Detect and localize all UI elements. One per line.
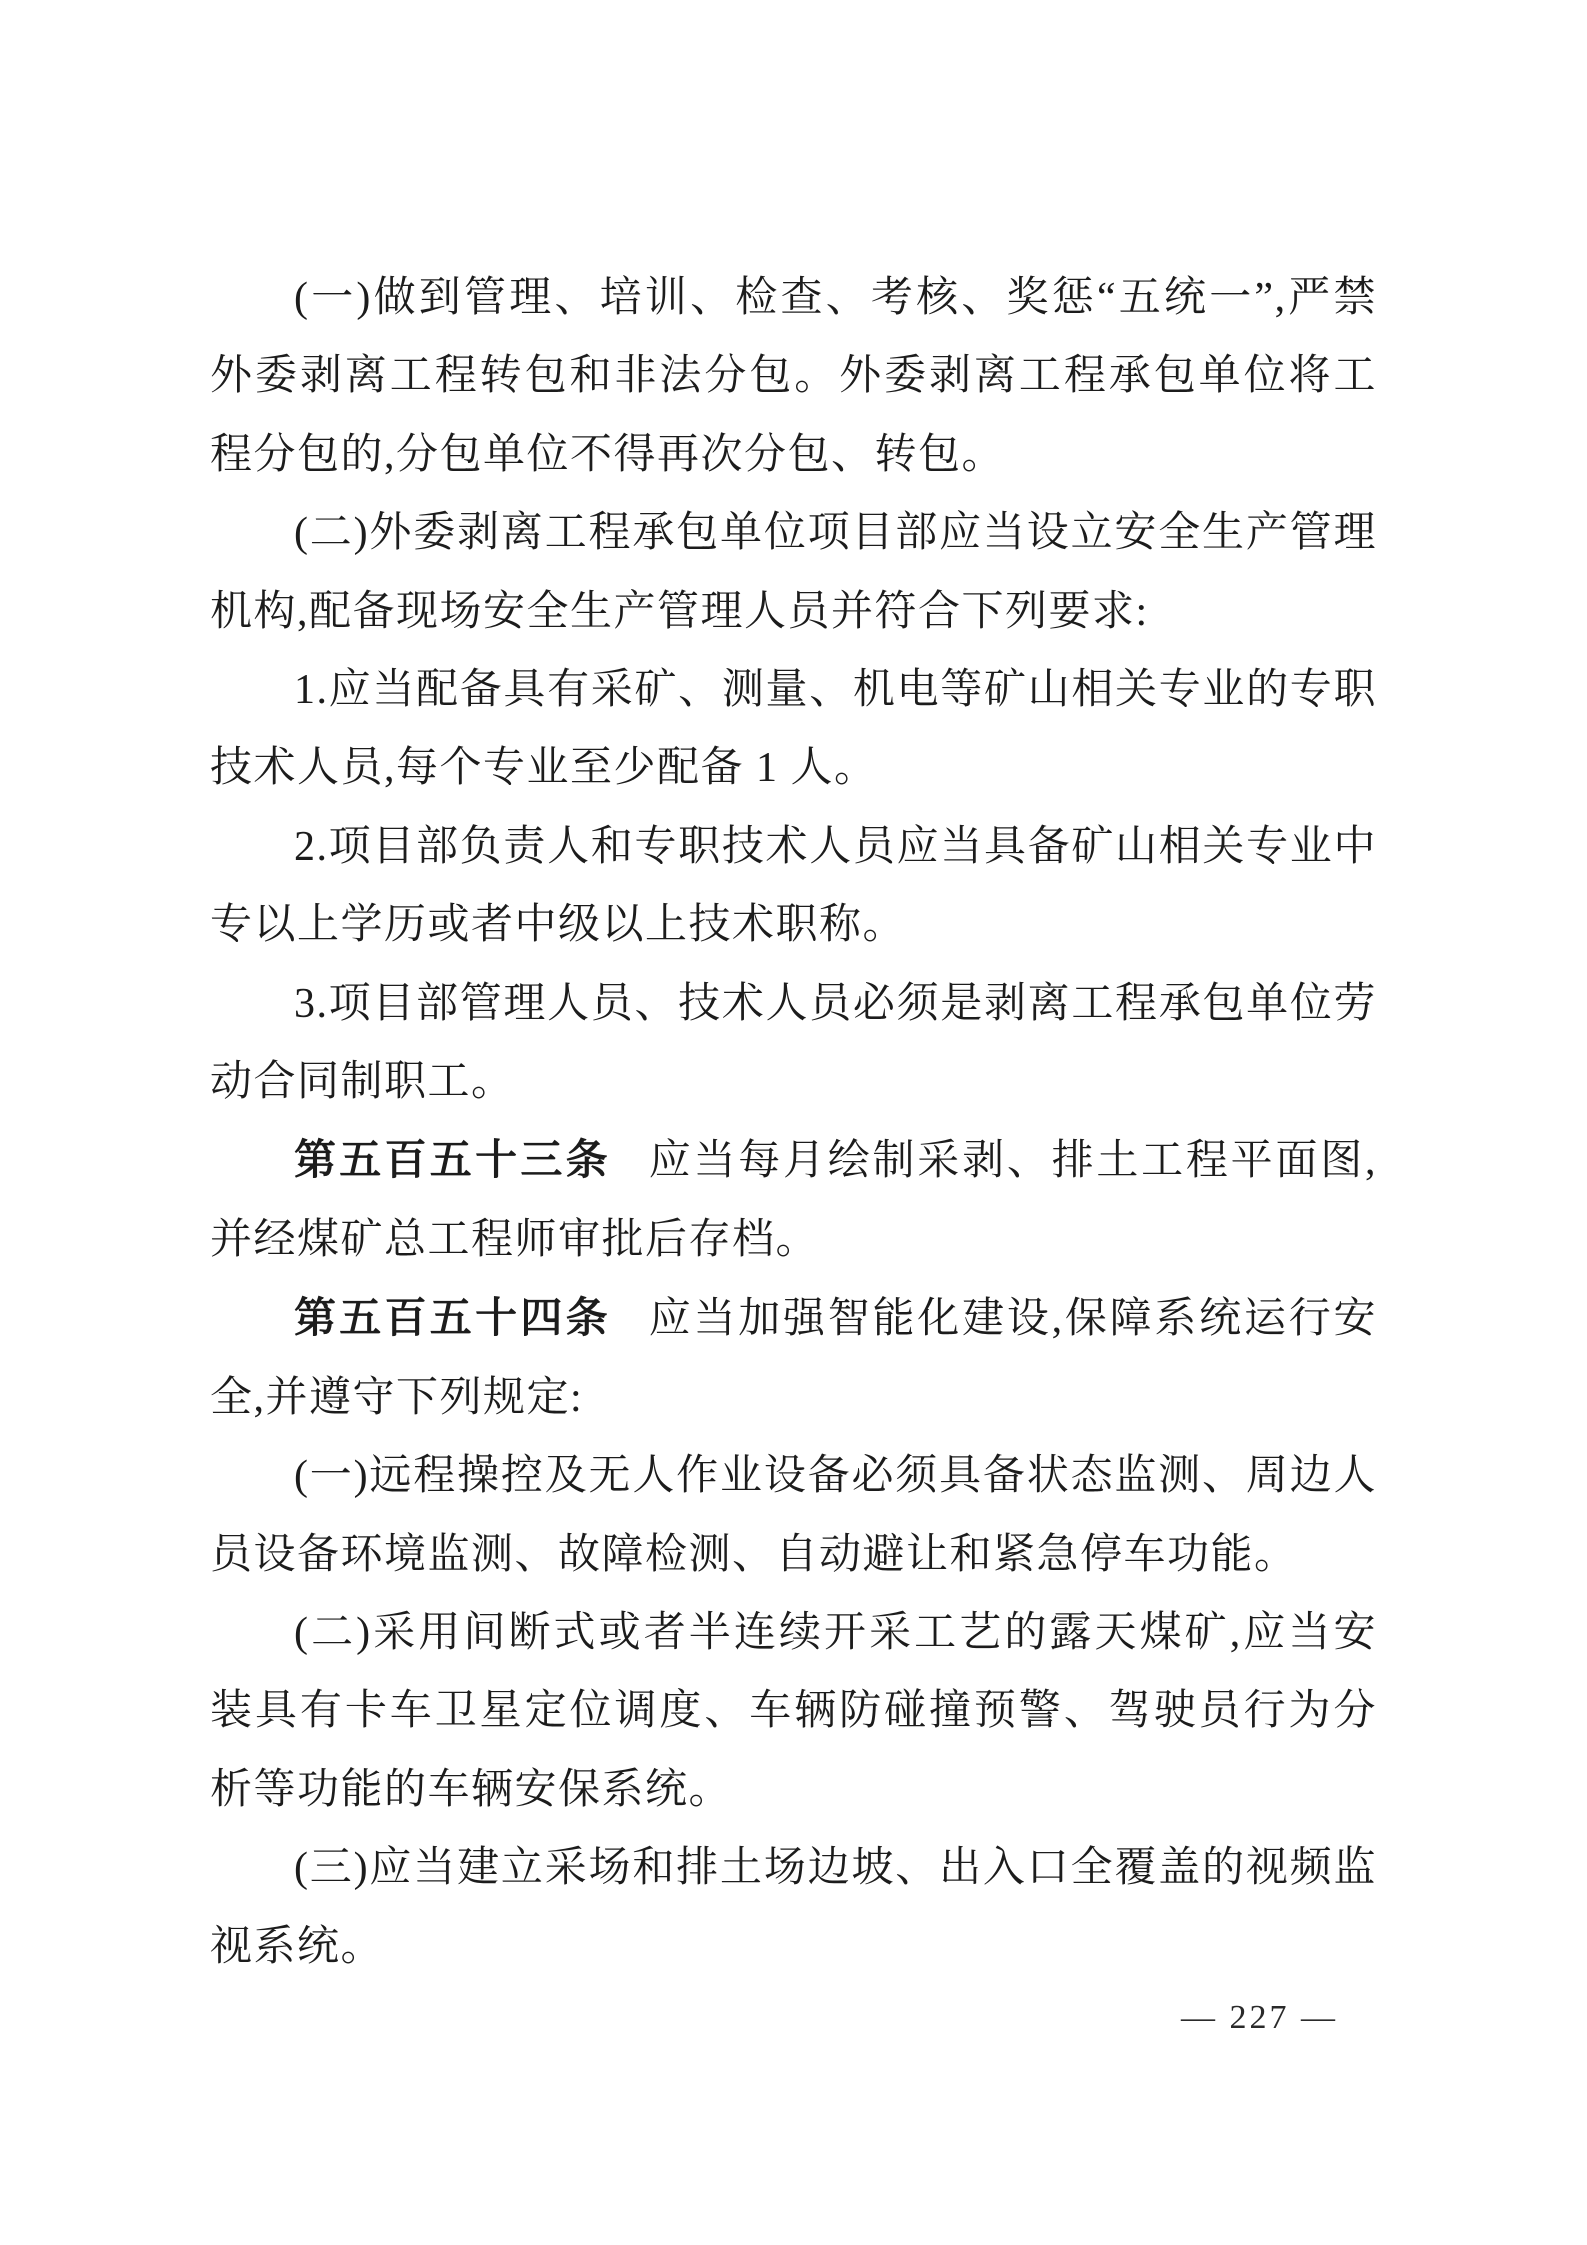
paragraph-item-1: (一)做到管理、培训、检查、考核、奖惩“五统一”,严禁外委剥离工程转包和非法分包…: [210, 259, 1377, 494]
paragraph-item-554-1: (一)远程操控及无人作业设备必须具备状态监测、周边人员设备环境监测、故障检测、自…: [210, 1437, 1377, 1594]
paragraph-item-554-2: (二)采用间断式或者半连续开采工艺的露天煤矿,应当安装具有卡车卫星定位调度、车辆…: [210, 1594, 1377, 1829]
paragraph-article-554: 第五百五十四条应当加强智能化建设,保障系统运行安全,并遵守下列规定:: [210, 1279, 1377, 1437]
document-body: (一)做到管理、培训、检查、考核、奖惩“五统一”,严禁外委剥离工程转包和非法分包…: [210, 259, 1377, 1986]
document-page: (一)做到管理、培训、检查、考核、奖惩“五统一”,严禁外委剥离工程转包和非法分包…: [0, 0, 1587, 2245]
paragraph-text: (二)采用间断式或者半连续开采工艺的露天煤矿,应当安装具有卡车卫星定位调度、车辆…: [210, 1610, 1377, 1813]
paragraph-text: 1.应当配备具有采矿、测量、机电等矿山相关专业的专职技术人员,每个专业至少配备 …: [210, 667, 1377, 791]
paragraph-text: (二)外委剥离工程承包单位项目部应当设立安全生产管理机构,配备现场安全生产管理人…: [210, 510, 1377, 634]
paragraph-item-554-3: (三)应当建立采场和排土场边坡、出入口全覆盖的视频监视系统。: [210, 1829, 1377, 1986]
paragraph-item-2: (二)外委剥离工程承包单位项目部应当设立安全生产管理机构,配备现场安全生产管理人…: [210, 494, 1377, 651]
paragraph-text: (一)远程操控及无人作业设备必须具备状态监测、周边人员设备环境监测、故障检测、自…: [210, 1453, 1377, 1577]
article-553-heading: 第五百五十三条: [294, 1136, 611, 1183]
paragraph-text: 2.项目部负责人和专职技术人员应当具备矿山相关专业中专以上学历或者中级以上技术职…: [210, 824, 1377, 948]
paragraph-list-item-1: 1.应当配备具有采矿、测量、机电等矿山相关专业的专职技术人员,每个专业至少配备 …: [210, 651, 1377, 808]
page-number: — 227 —: [1181, 1996, 1338, 2040]
paragraph-text: (三)应当建立采场和排土场边坡、出入口全覆盖的视频监视系统。: [210, 1845, 1377, 1969]
paragraph-list-item-3: 3.项目部管理人员、技术人员必须是剥离工程承包单位劳动合同制职工。: [210, 965, 1377, 1122]
paragraph-text: (一)做到管理、培训、检查、考核、奖惩“五统一”,严禁外委剥离工程转包和非法分包…: [210, 275, 1377, 478]
article-554-heading: 第五百五十四条: [294, 1294, 611, 1341]
paragraph-article-553: 第五百五十三条应当每月绘制采剥、排土工程平面图,并经煤矿总工程师审批后存档。: [210, 1121, 1377, 1279]
paragraph-text: 3.项目部管理人员、技术人员必须是剥离工程承包单位劳动合同制职工。: [210, 981, 1377, 1105]
paragraph-list-item-2: 2.项目部负责人和专职技术人员应当具备矿山相关专业中专以上学历或者中级以上技术职…: [210, 808, 1377, 965]
